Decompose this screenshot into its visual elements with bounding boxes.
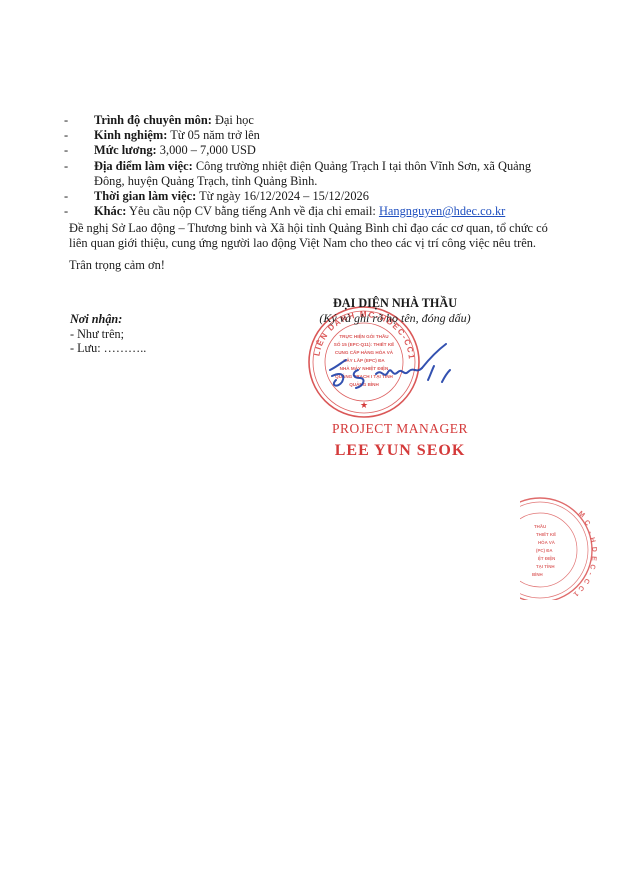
job-details-list: -Trình độ chuyên môn: Đại học -Kinh nghi… bbox=[60, 113, 560, 219]
label: Trình độ chuyên môn: bbox=[94, 113, 212, 127]
svg-text:C: C bbox=[582, 519, 591, 527]
svg-text:BÌNH: BÌNH bbox=[532, 572, 543, 577]
svg-text:THIẾT KẾ: THIẾT KẾ bbox=[536, 532, 556, 537]
signature-block: ĐẠI DIỆN NHÀ THẦU (Ký và ghi rõ họ tên, … bbox=[300, 296, 490, 326]
bullet: - bbox=[64, 143, 68, 158]
recipient-item: - Lưu: ……….. bbox=[70, 341, 146, 356]
svg-text:M: M bbox=[577, 510, 586, 519]
closing-text: Trân trọng cảm ơn! bbox=[69, 258, 559, 273]
list-item: -Trình độ chuyên môn: Đại học bbox=[60, 113, 560, 128]
svg-text:ỆT ĐIỆN: ỆT ĐIỆN bbox=[538, 556, 555, 561]
label: Địa điểm làm việc: bbox=[94, 159, 193, 173]
bullet: - bbox=[64, 159, 68, 174]
document-page: -Trình độ chuyên môn: Đại học -Kinh nghi… bbox=[0, 0, 620, 877]
list-item: -Thời gian làm việc: Từ ngày 16/12/2024 … bbox=[60, 189, 560, 204]
label: Kinh nghiệm: bbox=[94, 128, 167, 142]
list-item: -Kinh nghiệm: Từ 05 năm trở lên bbox=[60, 128, 560, 143]
svg-text:H: H bbox=[588, 537, 596, 544]
svg-text:D: D bbox=[590, 547, 597, 553]
bullet: - bbox=[64, 113, 68, 128]
list-item: -Mức lương: 3,000 – 7,000 USD bbox=[60, 143, 560, 158]
value: Từ ngày 16/12/2024 – 15/12/2026 bbox=[196, 189, 369, 203]
svg-text:-: - bbox=[586, 571, 594, 576]
request-paragraph: Đề nghị Sở Lao động – Thương binh và Xã … bbox=[69, 221, 559, 252]
recipients-title: Nơi nhận: bbox=[70, 312, 146, 327]
star-icon: ★ bbox=[360, 400, 368, 410]
list-item: -Khác: Yêu cầu nộp CV bằng tiếng Anh về … bbox=[60, 204, 560, 219]
label: Mức lương: bbox=[94, 143, 157, 157]
handwritten-signature bbox=[318, 340, 478, 400]
value: Đại học bbox=[212, 113, 254, 127]
svg-text:HÓA VÀ: HÓA VÀ bbox=[538, 540, 556, 545]
recipients-block: Nơi nhận: - Như trên; - Lưu: ……….. bbox=[70, 312, 146, 356]
partial-stamp: THẦU THIẾT KẾ HÓA VÀ (PC) ĐA ỆT ĐIỆN TẠI… bbox=[520, 490, 620, 600]
label: Thời gian làm việc: bbox=[94, 189, 196, 203]
list-item: -Địa điểm làm việc: Công trường nhiệt đi… bbox=[60, 159, 560, 189]
value: Từ 05 năm trở lên bbox=[167, 128, 260, 142]
email-link[interactable]: Hangnguyen@hdec.co.kr bbox=[379, 204, 505, 218]
signature-subtitle: (Ký và ghi rõ họ tên, đóng dấu) bbox=[300, 311, 490, 326]
signature-title: ĐẠI DIỆN NHÀ THẦU bbox=[300, 296, 490, 311]
label: Khác: bbox=[94, 204, 126, 218]
svg-text:TẠI TỈNH: TẠI TỈNH bbox=[536, 564, 555, 569]
svg-text:THẦU: THẦU bbox=[534, 524, 546, 529]
bullet: - bbox=[64, 128, 68, 143]
svg-text:(PC) ĐA: (PC) ĐA bbox=[536, 548, 553, 553]
recipient-item: - Như trên; bbox=[70, 327, 146, 342]
bullet: - bbox=[64, 189, 68, 204]
signer-position: PROJECT MANAGER bbox=[300, 418, 500, 440]
signer-name: LEE YUN SEOK bbox=[300, 440, 500, 462]
bullet: - bbox=[64, 204, 68, 219]
svg-text:C: C bbox=[588, 564, 596, 570]
signer-block: PROJECT MANAGER LEE YUN SEOK bbox=[300, 418, 500, 462]
value: 3,000 – 7,000 USD bbox=[157, 143, 256, 157]
stamp-line: TRỰC HIỆN GÓI THẦU bbox=[339, 332, 389, 339]
value: Yêu cầu nộp CV bằng tiếng Anh về địa chỉ… bbox=[126, 204, 379, 218]
